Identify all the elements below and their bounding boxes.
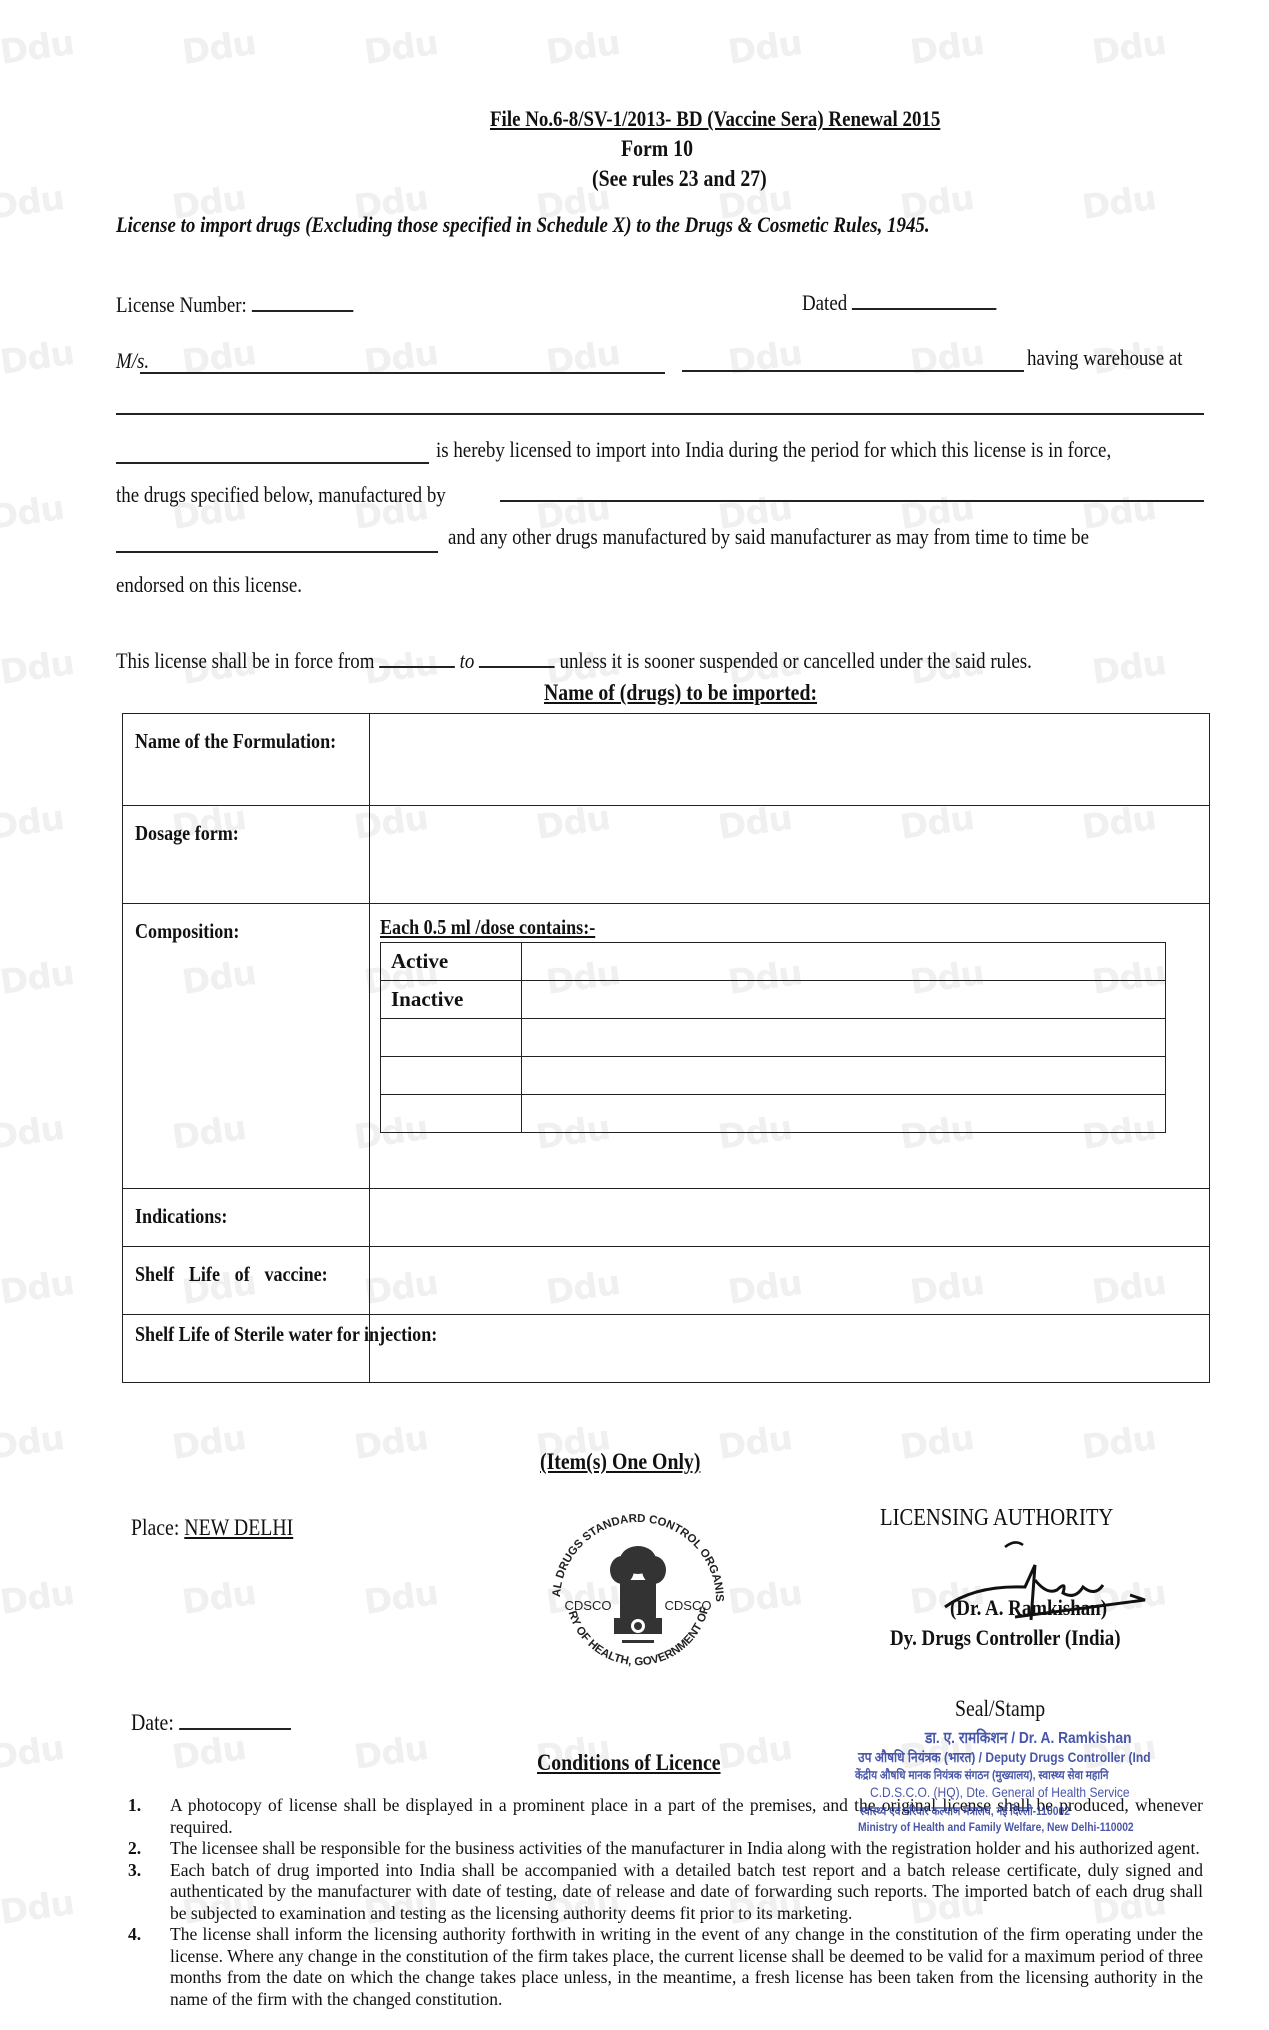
indications-value[interactable] [370,1189,1210,1247]
watermark-icon: Ddu [180,1573,259,1623]
formulation-value[interactable] [370,714,1210,806]
watermark-icon: Ddu [1080,488,1159,538]
watermark-icon: Ddu [362,1573,441,1623]
other-drugs-text: and any other drugs manufactured by said… [448,524,1089,550]
watermark-icon: Ddu [180,333,259,383]
watermark-icon: Ddu [1090,23,1169,73]
watermark-icon: Ddu [0,953,76,1003]
table-row: Shelf Life of Sterile water for injectio… [123,1315,1210,1383]
stamp-line-6: Ministry of Health and Family Welfare, N… [858,1820,1134,1834]
table-row: Name of the Formulation: [123,714,1210,806]
stamp-line-5: स्वास्थ्य एवं परिवार कल्याण मंत्रालय, नई… [860,1802,1070,1819]
watermark-icon: Ddu [0,333,76,383]
svg-text:CDSCO: CDSCO [565,1598,612,1613]
drugs-table-title: Name of (drugs) to be imported: [544,680,817,706]
form-subtitle: License to import drugs (Excluding those… [116,212,930,238]
authority-designation: Dy. Drugs Controller (India) [890,1625,1121,1651]
watermark-icon: Ddu [0,1883,76,1933]
stamp-line-4: C.D.S.C.O. (HQ), Dte. General of Health … [870,1784,1130,1800]
composition-amount[interactable] [522,981,1166,1019]
rules-reference: (See rules 23 and 27) [592,166,767,192]
watermark-icon: Ddu [0,488,66,538]
shelf-life-water-value[interactable] [370,1315,1210,1383]
watermark-icon: Ddu [0,1573,76,1623]
composition-label: Composition: [123,904,370,1189]
cdsco-seal: CENTRAL DRUGS STANDARD CONTROL ORGANISAT… [538,1500,738,1690]
composition-amount[interactable] [522,1019,1166,1057]
stamp-line-3: केंद्रीय औषधि मानक नियंत्रक संगठन (मुख्य… [855,1766,1108,1783]
composition-row [381,1095,1166,1133]
watermark-icon: Ddu [1080,178,1159,228]
watermark-icon: Ddu [362,333,441,383]
table-row: Composition: Each 0.5 ml /dose contains:… [123,904,1210,1189]
licensed-text: is hereby licensed to import into India … [436,437,1111,463]
watermark-icon: Ddu [180,23,259,73]
composition-name[interactable] [381,1019,522,1057]
watermark-icon: Ddu [0,1728,66,1778]
watermark-icon: Ddu [544,23,623,73]
formulation-label: Name of the Formulation: [123,714,370,806]
date-field[interactable] [179,1728,291,1730]
composition-amount[interactable] [522,1095,1166,1133]
condition-item: 4.The license shall inform the licensing… [128,1924,1203,2010]
condition-item: 3.Each batch of drug imported into India… [128,1860,1203,1925]
composition-name[interactable] [381,1095,522,1133]
watermark-icon: Ddu [716,1418,795,1468]
watermark-icon: Ddu [544,333,623,383]
valid-from-field[interactable] [379,666,455,668]
seal-stamp-label: Seal/Stamp [955,1696,1045,1722]
license-number-field[interactable] [252,310,353,312]
watermark-icon: Ddu [362,23,441,73]
watermark-icon: Ddu [352,1728,431,1778]
watermark-icon: Ddu [726,23,805,73]
composition-table: Active Inactive [380,942,1166,1133]
firm-name-field[interactable] [140,372,665,374]
emblem-icon: CENTRAL DRUGS STANDARD CONTROL ORGANISAT… [538,1500,738,1690]
firm-name-field-2[interactable] [682,370,1024,372]
file-number: File No.6-8/SV-1/2013- BD (Vaccine Sera)… [490,106,940,131]
watermark-icon: Ddu [0,178,66,228]
table-row: Dosage form: [123,806,1210,904]
unless-text: unless it is sooner suspended or cancell… [560,648,1032,673]
svg-text:CDSCO: CDSCO [665,1598,712,1613]
warehouse-address-field[interactable] [116,413,1204,415]
indications-label: Indications: [123,1189,370,1247]
watermark-icon: Ddu [908,333,987,383]
form-title: Form 10 [621,136,693,162]
shelf-life-water-label: Shelf Life of Sterile water for injectio… [123,1315,370,1383]
watermark-icon: Ddu [0,1263,76,1313]
place-value: NEW DELHI [184,1515,293,1540]
warehouse-label: having warehouse at [1027,345,1183,371]
watermark-icon: Ddu [1090,643,1169,693]
watermark-icon: Ddu [0,1418,66,1468]
valid-to-field[interactable] [479,666,555,668]
watermark-icon: Ddu [352,1418,431,1468]
drugs-table: Name of the Formulation: Dosage form: Co… [122,713,1210,1383]
composition-name: Active [381,943,522,981]
watermark-icon: Ddu [0,1108,66,1158]
composition-heading: Each 0.5 ml /dose contains:- [380,912,1093,942]
place-label: Place: [131,1515,179,1540]
items-note: (Item(s) One Only) [540,1449,700,1475]
table-row: Shelf Life of vaccine: [123,1247,1210,1315]
stamp-line-1: डा. ए. रामकिशन / Dr. A. Ramkishan [925,1726,1132,1748]
licensing-authority-title: LICENSING AUTHORITY [880,1505,1113,1532]
composition-value: Each 0.5 ml /dose contains:- Active Inac… [370,904,1210,1189]
dosage-form-value[interactable] [370,806,1210,904]
table-row: Indications: [123,1189,1210,1247]
watermark-icon: Ddu [170,1418,249,1468]
watermark-icon: Ddu [898,1418,977,1468]
address-continuation-field[interactable] [116,462,429,464]
shelf-life-vaccine-value[interactable] [370,1247,1210,1315]
watermark-icon: Ddu [0,798,66,848]
shelf-life-vaccine-label: Shelf Life of vaccine: [123,1247,370,1315]
composition-amount[interactable] [522,1057,1166,1095]
ms-label: M/s. [116,348,149,374]
composition-name: Inactive [381,981,522,1019]
composition-name[interactable] [381,1057,522,1095]
watermark-icon: Ddu [716,1728,795,1778]
composition-row: Inactive [381,981,1166,1019]
watermark-icon: Ddu [0,643,76,693]
specified-text: the drugs specified below, manufactured … [116,482,446,508]
dated-label: Dated [802,290,847,315]
dated-field[interactable] [852,308,996,310]
date-label: Date: [131,1710,174,1735]
watermark-icon: Ddu [1080,1418,1159,1468]
manufacturer-address-field[interactable] [116,551,438,553]
watermark-icon: Ddu [726,333,805,383]
composition-row [381,1057,1166,1095]
license-number-label: License Number: [116,292,247,317]
composition-amount[interactable] [522,943,1166,981]
watermark-icon: Ddu [908,23,987,73]
in-force-text: This license shall be in force from [116,648,374,673]
composition-row: Active [381,943,1166,981]
watermark-icon: Ddu [0,23,76,73]
composition-row [381,1019,1166,1057]
endorsed-text: endorsed on this license. [116,572,302,598]
conditions-title: Conditions of Licence [537,1750,721,1776]
condition-item: 2.The licensee shall be responsible for … [128,1838,1203,1860]
manufacturer-field[interactable] [500,500,1204,502]
stamp-line-2: उप औषधि नियंत्रक (भारत) / Deputy Drugs C… [858,1748,1151,1767]
to-label: to [460,648,475,673]
dosage-form-label: Dosage form: [123,806,370,904]
authority-name: (Dr. A. Ramkishan) [950,1595,1107,1621]
